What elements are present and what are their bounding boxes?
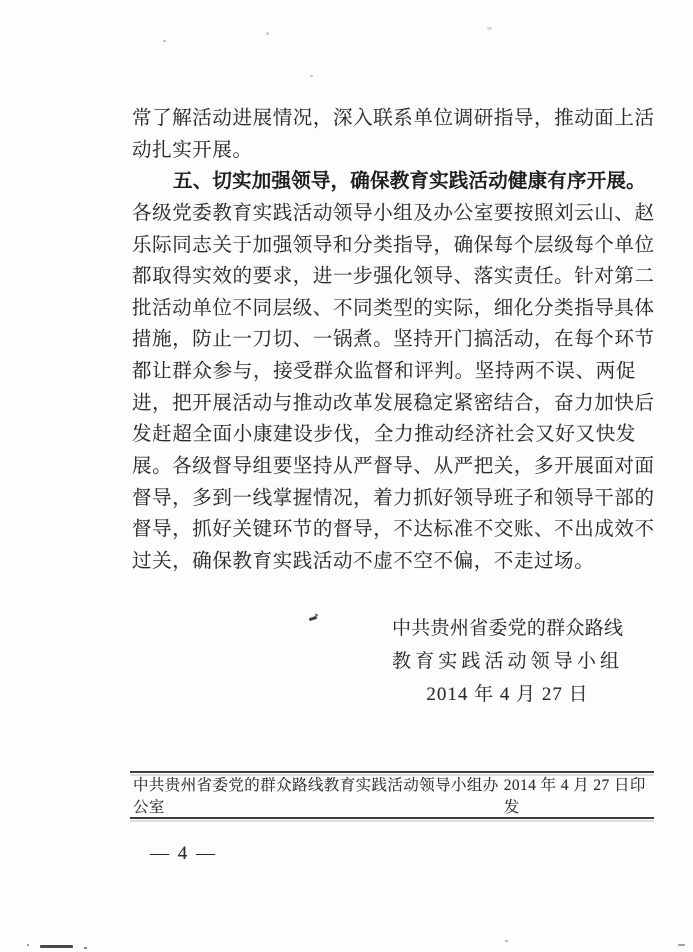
body-line: 督导，多到一线掌握情况，着力抓好领导班子和领导干部的 xyxy=(132,483,636,515)
scan-artifact xyxy=(315,613,319,616)
body-line: 常了解活动进展情况，深入联系单位调研指导，推动面上活 xyxy=(132,103,636,135)
colophon-bottom-rule xyxy=(130,817,654,819)
scan-artifact xyxy=(266,32,269,35)
body-line: 动扎实开展。 xyxy=(132,135,636,167)
document-page: 常了解活动进展情况，深入联系单位调研指导，推动面上活动扎实开展。五、切实加强领导… xyxy=(0,0,693,952)
body-line: 乐际同志关于加强领导和分类指导，确保每个层级每个单位 xyxy=(132,230,636,262)
colophon-text-row: 中共贵州省委党的群众路线教育实践活动领导小组办公室 2014 年 4 月 27 … xyxy=(130,773,654,817)
body-line: 措施，防止一刀切、一锅煮。坚持开门搞活动，在每个环节 xyxy=(132,324,636,356)
body-line: 展。各级督导组要坚持从严督导、从严把关，多开展面对面 xyxy=(132,451,636,483)
document-body: 常了解活动进展情况，深入联系单位调研指导，推动面上活动扎实开展。五、切实加强领导… xyxy=(132,103,636,578)
body-line: 批活动单位不同层级、不同类型的实际，细化分类指导具体 xyxy=(132,293,636,325)
page-number: — 4 — xyxy=(150,843,217,865)
body-line: 各级党委教育实践活动领导小组及办公室要按照刘云山、赵 xyxy=(132,198,636,230)
body-line: 进，把开展活动与推动改革发展稳定紧密结合，奋力加快后 xyxy=(132,388,636,420)
body-line: 都让群众参与，接受群众监督和评判。坚持两不误、两促 xyxy=(132,356,636,388)
body-line: 五、切实加强领导，确保教育实践活动健康有序开展。 xyxy=(132,166,636,198)
colophon: 中共贵州省委党的群众路线教育实践活动领导小组办公室 2014 年 4 月 27 … xyxy=(130,771,654,819)
scan-artifact xyxy=(678,944,685,946)
scan-artifact xyxy=(163,40,166,42)
scan-artifact xyxy=(310,75,313,77)
scan-artifact xyxy=(505,940,508,942)
body-line: 督导，抓好关键环节的督导，不达标准不交账、不出成效不 xyxy=(132,514,636,546)
signature-org-line2: 教育实践活动领导小组 xyxy=(392,646,623,679)
signature-block: 中共贵州省委党的群众路线 教育实践活动领导小组 2014 年 4 月 27 日 xyxy=(392,613,623,711)
scan-artifact xyxy=(84,947,87,949)
body-line: 都取得实效的要求，进一步强化领导、落实责任。针对第二 xyxy=(132,261,636,293)
colophon-issuer: 中共贵州省委党的群众路线教育实践活动领导小组办公室 xyxy=(133,773,504,817)
body-line: 发赶超全面小康建设步伐，全力推动经济社会又好又快发 xyxy=(132,419,636,451)
signature-date: 2014 年 4 月 27 日 xyxy=(392,679,623,712)
scan-artifact xyxy=(487,27,492,30)
scan-artifact xyxy=(40,945,73,948)
scan-artifact xyxy=(309,616,318,621)
colophon-print-date: 2014 年 4 月 27 日印发 xyxy=(504,773,651,817)
scan-artifact xyxy=(27,944,29,946)
signature-org-line1: 中共贵州省委党的群众路线 xyxy=(392,613,623,646)
body-line: 过关，确保教育实践活动不虚不空不偏，不走过场。 xyxy=(132,546,636,578)
